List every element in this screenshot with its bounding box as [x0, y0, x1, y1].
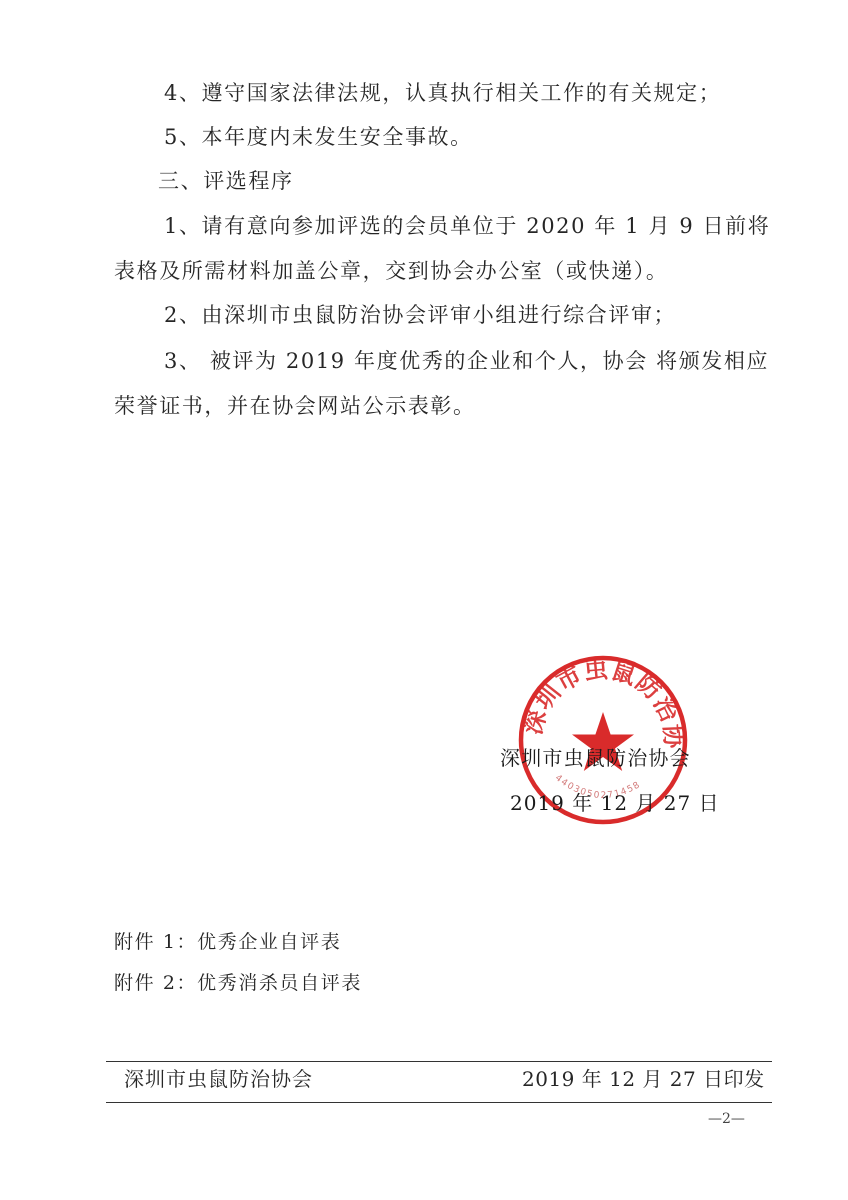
attachment-1: 附件 1：优秀企业自评表 — [114, 929, 341, 955]
signature-date: 2019 年 12 月 27 日 — [510, 791, 720, 815]
footer-issue-date: 2019 年 12 月 27 日印发 — [522, 1066, 765, 1092]
document-page: 4、遵守国家法律法规，认真执行相关工作的有关规定； 5、本年度内未发生安全事故。… — [0, 0, 848, 1200]
attachment-2: 附件 2：优秀消杀员自评表 — [114, 970, 362, 996]
page-number: —2— — [708, 1111, 745, 1127]
body-line-requirement-5: 5、本年度内未发生安全事故。 — [164, 124, 473, 150]
section-heading-procedure: 三、评选程序 — [158, 168, 294, 194]
footer-bottom-rule — [106, 1102, 772, 1103]
body-line-procedure-2: 2、由深圳市虫鼠防治协会评审小组进行综合评审； — [164, 302, 676, 328]
body-line-procedure-3a: 3、 被评为 2019 年度优秀的企业和个人，协会 将颁发相应 — [164, 348, 769, 374]
signature-organization: 深圳市虫鼠防治协会 — [500, 746, 691, 770]
footer-issuer: 深圳市虫鼠防治协会 — [124, 1066, 313, 1092]
body-line-requirement-4: 4、遵守国家法律法规，认真执行相关工作的有关规定； — [164, 80, 721, 106]
body-line-procedure-3b: 荣誉证书，并在协会网站公示表彰。 — [114, 393, 476, 419]
footer-top-rule — [106, 1061, 772, 1062]
body-line-procedure-1b: 表格及所需材料加盖公章，交到协会办公室（或快递）。 — [114, 258, 669, 284]
body-line-procedure-1a: 1、请有意向参加评选的会员单位于 2020 年 1 月 9 日前将 — [164, 213, 770, 239]
